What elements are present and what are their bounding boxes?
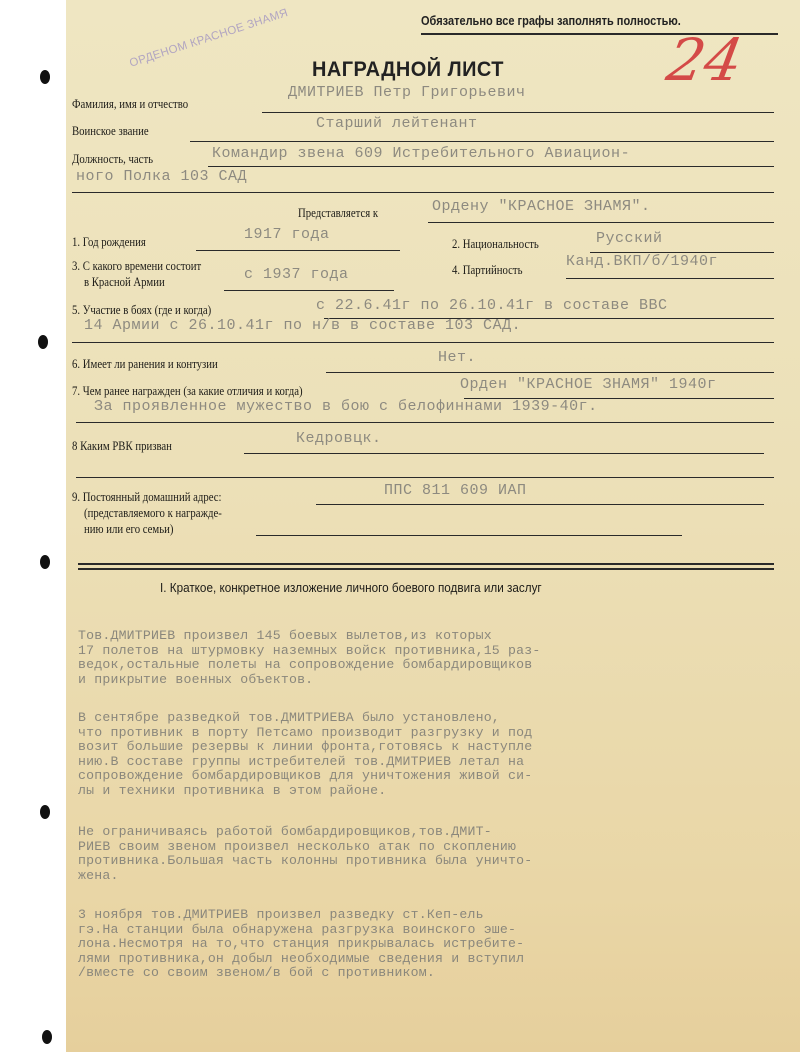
field-line xyxy=(316,504,764,505)
name-label: Фамилия, имя и отчество xyxy=(72,97,188,112)
fill-all-fields-notice: Обязательно все графы заполнять полность… xyxy=(421,14,681,28)
rank-value: Старший лейтенант xyxy=(316,115,478,132)
party-value: Канд.ВКП/б/1940г xyxy=(566,253,718,270)
field-line xyxy=(566,278,774,279)
party-label: 4. Партийность xyxy=(452,263,522,278)
awards-value-line2: За проявленное мужество в бою с белофинн… xyxy=(94,398,598,415)
field-line xyxy=(326,372,774,373)
position-label: Должность, часть xyxy=(72,152,153,167)
narrative-paragraph: Не ограничиваясь работой бомбардировщико… xyxy=(78,825,778,883)
narrative-paragraph: Тов.ДМИТРИЕВ произвел 145 боевых вылетов… xyxy=(78,629,778,687)
wounds-value: Нет. xyxy=(438,349,476,366)
address-label-line2: (представляемого к награжде- xyxy=(84,506,222,521)
nominated-label: Представляется к xyxy=(298,206,378,221)
field-line xyxy=(72,342,774,343)
field-line xyxy=(72,192,774,193)
battles-value-line1: с 22.6.41г по 26.10.41г в составе ВВС xyxy=(316,297,668,314)
section-divider xyxy=(78,563,774,565)
field-line xyxy=(190,141,774,142)
awards-label: 7. Чем ранее награжден (за какие отличия… xyxy=(72,384,303,399)
field-line xyxy=(208,166,774,167)
nominated-value: Ордену "КРАСНОЕ ЗНАМЯ". xyxy=(432,198,651,215)
document-title: НАГРАДНОЙ ЛИСТ xyxy=(312,58,504,82)
position-value-line2: ного Полка 103 САД xyxy=(76,168,247,185)
battles-label: 5. Участие в боях (где и когда) xyxy=(72,303,211,318)
field-line xyxy=(224,290,394,291)
punch-hole xyxy=(42,1030,52,1044)
birth-year-value: 1917 года xyxy=(244,226,330,243)
position-value-line1: Командир звена 609 Истребительного Авиац… xyxy=(212,145,630,162)
nationality-label: 2. Национальность xyxy=(452,237,539,252)
army-since-label-line2: в Красной Армии xyxy=(84,275,165,290)
handwritten-number: 24 xyxy=(662,26,748,94)
punch-hole xyxy=(40,805,50,819)
army-since-value: с 1937 года xyxy=(244,266,349,283)
field-line xyxy=(428,222,774,223)
punch-hole xyxy=(38,335,48,349)
field-line xyxy=(196,250,400,251)
punch-hole xyxy=(40,70,50,84)
field-line xyxy=(76,477,774,478)
rank-label: Воинское звание xyxy=(72,124,149,139)
punch-hole xyxy=(40,555,50,569)
army-since-label-line1: 3. С какого времени состоит xyxy=(72,259,201,274)
address-label-line3: нию или его семьи) xyxy=(84,522,173,537)
field-line xyxy=(244,453,764,454)
field-line xyxy=(262,112,774,113)
section-divider xyxy=(78,568,774,570)
battles-value-line2: 14 Армии с 26.10.41г по н/в в составе 10… xyxy=(84,317,521,334)
field-line xyxy=(76,422,774,423)
rvk-value: Кедровцк. xyxy=(296,430,382,447)
awards-value-line1: Орден "КРАСНОЕ ЗНАМЯ" 1940г xyxy=(460,376,717,393)
wounds-label: 6. Имеет ли ранения и контузии xyxy=(72,357,218,372)
name-value: ДМИТРИЕВ Петр Григорьевич xyxy=(288,84,526,101)
rvk-label: 8 Каким РВК призван xyxy=(72,439,172,454)
narrative-paragraph: В сентябре разведкой тов.ДМИТРИЕВА было … xyxy=(78,711,778,798)
address-value: ППС 811 609 ИАП xyxy=(384,482,527,499)
address-label-line1: 9. Постоянный домашний адрес: xyxy=(72,490,222,505)
section-1-title: I. Краткое, конкретное изложение личного… xyxy=(160,580,542,595)
field-line xyxy=(256,535,682,536)
nationality-value: Русский xyxy=(596,230,663,247)
narrative-paragraph: 3 ноября тов.ДМИТРИЕВ произвел разведку … xyxy=(78,908,778,981)
birth-year-label: 1. Год рождения xyxy=(72,235,146,250)
